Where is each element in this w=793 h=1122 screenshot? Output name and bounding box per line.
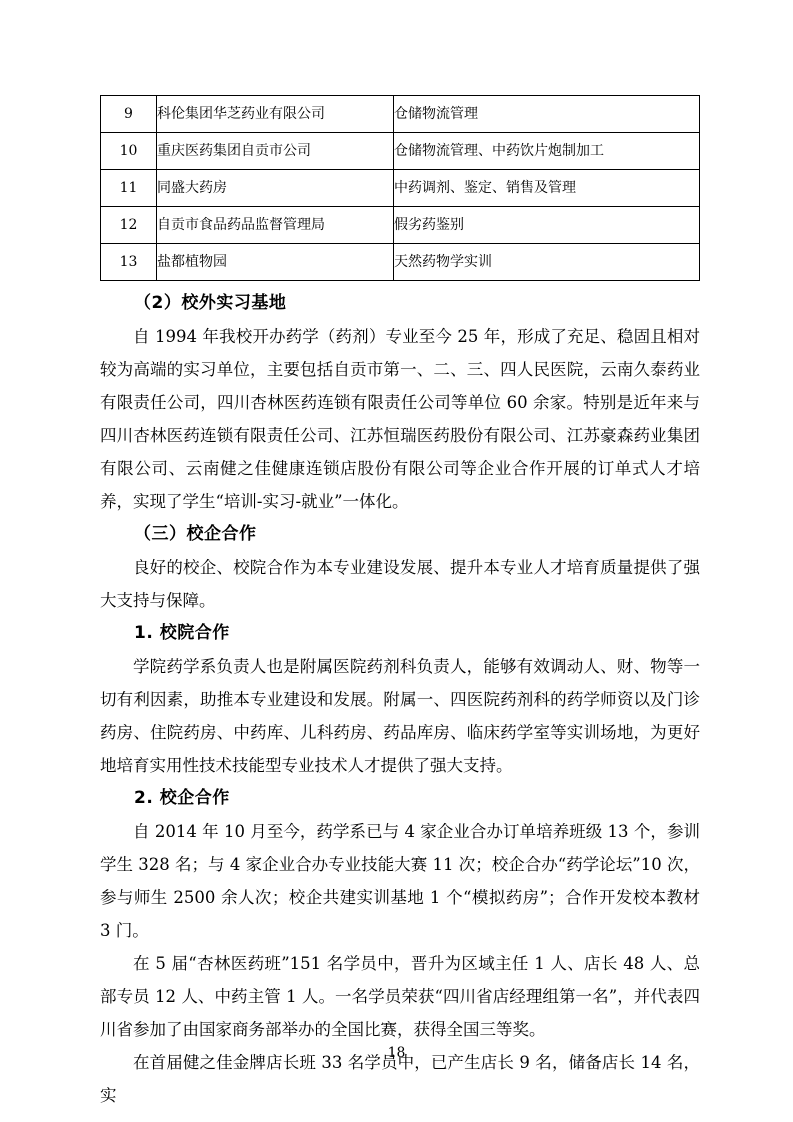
table-row: 11 同盛大药房 中药调剂、鉴定、销售及管理: [101, 170, 700, 207]
para-school-hospital-cooperation: 学院药学系负责人也是附属医院药剂科负责人，能够有效调动人、财、物等一切有利因素，…: [100, 650, 700, 782]
table-row: 9 科伦集团华芝药业有限公司 仓储物流管理: [101, 96, 700, 133]
training-content-cell: 天然药物学实训: [394, 244, 700, 281]
org-name-cell: 科伦集团华芝药业有限公司: [157, 96, 394, 133]
org-name-cell: 同盛大药房: [157, 170, 394, 207]
page-number: 18: [0, 1043, 793, 1063]
training-content-cell: 中药调剂、鉴定、销售及管理: [394, 170, 700, 207]
row-number-cell: 13: [101, 244, 157, 281]
para-offcampus-practice-bases: 自 1994 年我校开办药学（药剂）专业至今 25 年，形成了充足、稳固且相对较…: [100, 320, 700, 518]
practice-base-table: 9 科伦集团华芝药业有限公司 仓储物流管理 10 重庆医药集团自贡市公司 仓储物…: [100, 95, 700, 281]
row-number-cell: 11: [101, 170, 157, 207]
document-content: 9 科伦集团华芝药业有限公司 仓储物流管理 10 重庆医药集团自贡市公司 仓储物…: [100, 95, 700, 1112]
table-row: 12 自贡市食品药品监督管理局 假劣药鉴别: [101, 207, 700, 244]
training-content-cell: 仓储物流管理、中药饮片炮制加工: [394, 133, 700, 170]
para-enterprise-achievements: 自 2014 年 10 月至今，药学系已与 4 家企业合办订单培养班级 13 个…: [100, 815, 700, 947]
training-content-cell: 仓储物流管理: [394, 96, 700, 133]
org-name-cell: 自贡市食品药品监督管理局: [157, 207, 394, 244]
heading-school-hospital-cooperation: 1. 校院合作: [100, 617, 700, 650]
para-cooperation-intro: 良好的校企、校院合作为本专业建设发展、提升本专业人才培育质量提供了强大支持与保障…: [100, 551, 700, 617]
row-number-cell: 9: [101, 96, 157, 133]
heading-offcampus-practice-bases: （2）校外实习基地: [100, 287, 700, 320]
row-number-cell: 12: [101, 207, 157, 244]
org-name-cell: 盐都植物园: [157, 244, 394, 281]
heading-school-enterprise-cooperation: （三）校企合作: [100, 518, 700, 551]
table-row: 10 重庆医药集团自贡市公司 仓储物流管理、中药饮片炮制加工: [101, 133, 700, 170]
para-xinglin-class-results: 在 5 届“杏林医药班”151 名学员中，晋升为区域主任 1 人、店长 48 人…: [100, 947, 700, 1046]
training-content-cell: 假劣药鉴别: [394, 207, 700, 244]
table-row: 13 盐都植物园 天然药物学实训: [101, 244, 700, 281]
org-name-cell: 重庆医药集团自贡市公司: [157, 133, 394, 170]
heading-school-enterprise-subsection: 2. 校企合作: [100, 782, 700, 815]
document-page: 9 科伦集团华芝药业有限公司 仓储物流管理 10 重庆医药集团自贡市公司 仓储物…: [0, 0, 793, 1122]
row-number-cell: 10: [101, 133, 157, 170]
